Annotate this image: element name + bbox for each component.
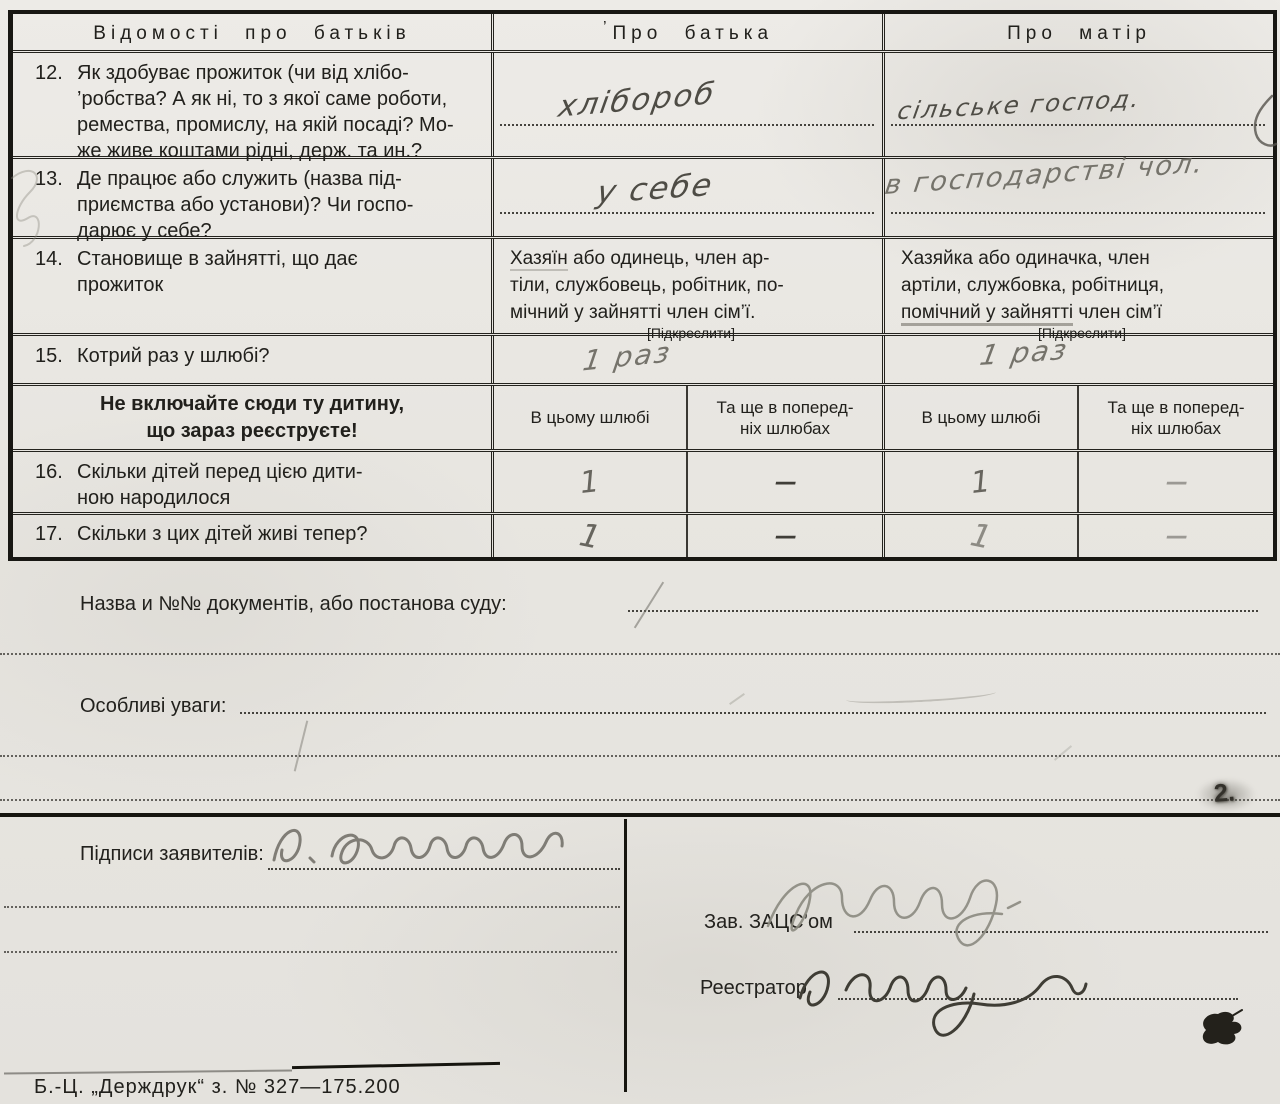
row-q14: 14. Становище в зайнятті, що дає прожито… xyxy=(13,236,1273,333)
handwriting-father-occupation: хлібороб xyxy=(556,76,718,124)
q14-label-cell: 14. Становище в зайнятті, що дає прожито… xyxy=(13,239,491,333)
q15-text: Котрий раз у шлюбі? xyxy=(77,345,270,367)
q13-mother-answer-cell: в господарстві чол. xyxy=(882,159,1273,236)
handwritten-dash-mark: — xyxy=(1166,524,1186,549)
section-divider-rule xyxy=(0,813,1280,817)
row-q17: 17. Скільки з цих дітей живі тепер? 1 — … xyxy=(13,512,1273,557)
pencil-squiggle-mark xyxy=(846,686,996,706)
printer-imprint: Б.-Ц. „Держдрук“ з. № 327—175.200 xyxy=(34,1076,401,1099)
q17-mother-previous-marriages-cell: — xyxy=(1077,515,1273,557)
row-q15: 15. Котрий раз у шлюбі? 1 раз 1 раз xyxy=(13,333,1273,383)
q16-mother-previous-marriages-cell: — xyxy=(1077,452,1273,512)
page-number-mark: 2. xyxy=(1213,778,1236,808)
q14-text: Становище в зайнятті, що дає прожиток xyxy=(77,248,358,296)
ruled-dotted-line xyxy=(0,653,1280,655)
handwriting-mother-marriage-count: 1 раз xyxy=(977,333,1071,372)
q16-number: 16. xyxy=(35,459,63,485)
ruled-dotted-line xyxy=(0,799,1280,801)
q15-mother-answer-cell: 1 раз xyxy=(882,336,1273,383)
q13-text: Де працює або служить (назва під- приємс… xyxy=(77,168,413,242)
q16-mother-this-marriage-cell: 1 xyxy=(882,452,1077,512)
ruled-dotted-line xyxy=(0,755,1280,757)
pencil-slash-mark xyxy=(294,721,309,772)
q12-father-answer-cell: хлібороб xyxy=(491,53,882,156)
q16-father-previous-marriages-cell: — xyxy=(686,452,882,512)
pencil-underlined-word: Хазяїн xyxy=(510,248,568,269)
applicants-signature xyxy=(266,810,576,876)
q17-mother-this-marriage-cell: 1 xyxy=(882,515,1077,557)
q17-father-this-marriage-cell: 1 xyxy=(491,515,686,557)
remarks-label: Особливі уваги: xyxy=(80,695,226,718)
row-note-subheaders: Не включайте сюди ту дитину, що зараз ре… xyxy=(13,383,1273,449)
q17-number: 17. xyxy=(35,521,63,547)
registrar-signature xyxy=(788,944,1088,1036)
subheader-father-previous-marriages: Та ще в поперед- ніх шлюбах xyxy=(686,386,882,449)
q13-father-answer-cell: у себе xyxy=(491,159,882,236)
q16-father-this-marriage-cell: 1 xyxy=(491,452,686,512)
handwritten-dash-mark: — xyxy=(775,470,795,495)
subheader-father-this-marriage: В цьому шлюбі xyxy=(491,386,686,449)
scanned-registry-form-page: Відомості про батьків ’Про батька Про ма… xyxy=(0,0,1280,1104)
documents-label: Назва и №№ документів, або постанова суд… xyxy=(80,593,507,616)
q16-text: Скільки дітей перед цією дити- ною народ… xyxy=(77,461,363,509)
q15-father-answer-cell: 1 раз xyxy=(491,336,882,383)
note-cell: Не включайте сюди ту дитину, що зараз ре… xyxy=(13,386,491,449)
parents-info-table: Відомості про батьків ’Про батька Про ма… xyxy=(8,10,1277,561)
header-parents: Відомості про батьків xyxy=(13,14,491,50)
header-mother: Про матір xyxy=(882,14,1273,50)
q17-text: Скільки з цих дітей живі тепер? xyxy=(77,523,367,545)
pencil-slash-mark xyxy=(1054,745,1072,761)
margin-pencil-scribble xyxy=(2,158,58,254)
q15-label-cell: 15. Котрий раз у шлюбі? xyxy=(13,336,491,383)
blank-dotted-line xyxy=(4,951,617,953)
pencil-slash-mark xyxy=(729,693,745,705)
handwriting-father-marriage-count: 1 раз xyxy=(581,336,674,378)
row-q16: 16. Скільки дітей перед цією дити- ною н… xyxy=(13,449,1273,512)
ink-blot xyxy=(1196,1008,1246,1052)
q14-mother-options-text: Хазяйка або одиначка, член артіли, служб… xyxy=(901,245,1263,326)
dotted-answer-line xyxy=(891,124,1265,126)
handwritten-count-mark: 1 xyxy=(970,464,993,501)
q12-number: 12. xyxy=(35,60,63,86)
pen-stroke-mark xyxy=(1242,94,1278,152)
q17-father-previous-marriages-cell: — xyxy=(686,515,882,557)
subheader-mother-previous-marriages: Та ще в поперед- ніх шлюбах xyxy=(1077,386,1273,449)
subheader-mother-this-marriage: В цьому шлюбі xyxy=(882,386,1077,449)
handwritten-count-mark: 1 xyxy=(576,515,604,556)
handwritten-count-mark: 1 xyxy=(579,464,602,501)
handwritten-dash-mark: — xyxy=(775,524,795,549)
pencil-underlined-phrase: помічний у зайнятті xyxy=(901,302,1073,323)
bottom-column-divider xyxy=(624,819,627,1092)
q17-label-cell: 17. Скільки з цих дітей живі тепер? xyxy=(13,515,491,557)
q14-father-options-text: Хазяїн або одинець, член ар- тіли, служб… xyxy=(510,245,872,326)
imprint-rule-thin xyxy=(4,1069,292,1074)
stray-apostrophe-mark: ’ xyxy=(603,19,607,37)
table-header-row: Відомості про батьків ’Про батька Про ма… xyxy=(13,14,1273,50)
row-q13: 13. Де працює або служить (назва під- пр… xyxy=(13,156,1273,236)
handwriting-mother-occupation: сільське господ. xyxy=(896,85,1143,126)
q15-number: 15. xyxy=(35,343,63,369)
q13-label-cell: 13. Де працює або служить (назва під- пр… xyxy=(13,159,491,236)
dotted-answer-line xyxy=(500,212,874,214)
applicants-signatures-label: Підписи заявителів: xyxy=(80,843,264,866)
handwritten-dash-mark: — xyxy=(1166,470,1186,495)
q14-father-options-cell: Хазяїн або одинець, член ар- тіли, служб… xyxy=(491,239,882,333)
q12-label-cell: 12. Як здобуває прожиток (чи від хлібо- … xyxy=(13,53,491,156)
dotted-answer-line xyxy=(500,124,874,126)
q12-text: Як здобуває прожиток (чи від хлібо- ’роб… xyxy=(77,62,454,162)
q12-mother-answer-cell: сільське господ. xyxy=(882,53,1273,156)
handwritten-count-mark: 1 xyxy=(967,515,995,556)
row-q12: 12. Як здобуває прожиток (чи від хлібо- … xyxy=(13,50,1273,156)
handwriting-father-workplace: у себе xyxy=(594,167,717,211)
header-father: ’Про батька xyxy=(491,14,882,50)
remarks-dotted-line xyxy=(240,712,1266,714)
blank-dotted-line xyxy=(4,906,620,908)
documents-dotted-line xyxy=(628,610,1258,612)
q14-mother-options-cell: Хазяйка або одиначка, член артіли, служб… xyxy=(882,239,1273,333)
dotted-answer-line xyxy=(891,212,1265,214)
pencil-slash-mark xyxy=(634,582,664,629)
q16-label-cell: 16. Скільки дітей перед цією дити- ною н… xyxy=(13,452,491,512)
imprint-rule xyxy=(292,1062,500,1069)
